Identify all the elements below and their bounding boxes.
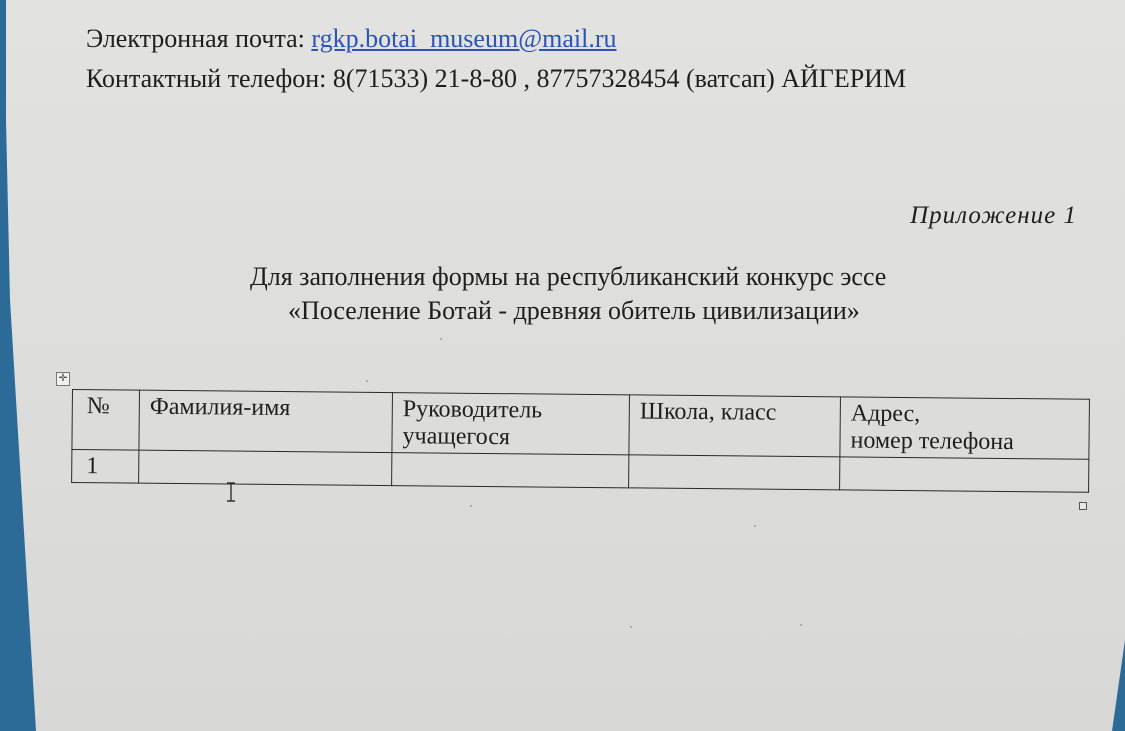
header-cell-number[interactable]: № [72,390,140,451]
cell-number[interactable]: 1 [72,450,139,484]
table-header-row: № Фамилия-имя Руководитель учащегося Шко… [72,390,1090,460]
email-label: Электронная почта: [86,24,311,53]
header-cell-school-class[interactable]: Школа, класс [629,395,841,457]
entry-form-table-wrapper: № Фамилия-имя Руководитель учащегося Шко… [71,389,1090,493]
table-resize-handle[interactable] [1079,502,1087,510]
header-number-text: № [87,393,110,419]
form-title-line-2: «Поселение Ботай - древняя обитель цивил… [288,296,860,326]
move-cross-icon: ✛ [59,373,67,384]
phone-line: Контактный телефон: 8(71533) 21-8-80 , 8… [86,64,906,94]
screen-speck [630,626,632,628]
cell-address-phone[interactable] [840,457,1089,492]
phone-label: Контактный телефон: [86,64,333,93]
screen-speck [470,505,472,507]
form-title-line-1: Для заполнения формы на республиканский … [250,262,886,292]
header-supervisor-line-1: Руководитель [403,396,619,425]
entry-form-table: № Фамилия-имя Руководитель учащегося Шко… [71,389,1090,493]
header-school-class-text: Школа, класс [640,398,777,425]
header-cell-student-supervisor[interactable]: Руководитель учащегося [392,393,630,455]
photo-of-screen: Электронная почта: rgkp.botai_museum@mai… [0,0,1125,731]
screen-speck [800,624,802,626]
email-line: Электронная почта: rgkp.botai_museum@mai… [86,24,617,54]
header-cell-address-phone[interactable]: Адрес, номер телефона [840,397,1090,459]
email-link[interactable]: rgkp.botai_museum@mail.ru [311,24,616,53]
document-page: Электронная почта: rgkp.botai_museum@mai… [0,0,1125,731]
header-full-name-text: Фамилия-имя [150,394,291,421]
cell-full-name[interactable] [139,450,392,485]
phone-value: 8(71533) 21-8-80 , 87757328454 (ватсап) … [333,64,906,93]
i-beam-cursor-icon [226,482,236,502]
appendix-label: Приложение 1 [910,202,1077,230]
table-move-handle[interactable]: ✛ [56,372,70,386]
header-cell-full-name[interactable]: Фамилия-имя [139,390,393,452]
header-address-line-2: номер телефона [850,427,1078,456]
header-address-line-1: Адрес, [851,400,1079,429]
cell-school-class[interactable] [629,455,840,490]
screen-speck [440,338,442,340]
header-supervisor-line-2: учащегося [402,423,618,452]
cell-student-supervisor[interactable] [392,453,629,488]
screen-speck [754,525,756,527]
screen-speck [366,380,368,382]
